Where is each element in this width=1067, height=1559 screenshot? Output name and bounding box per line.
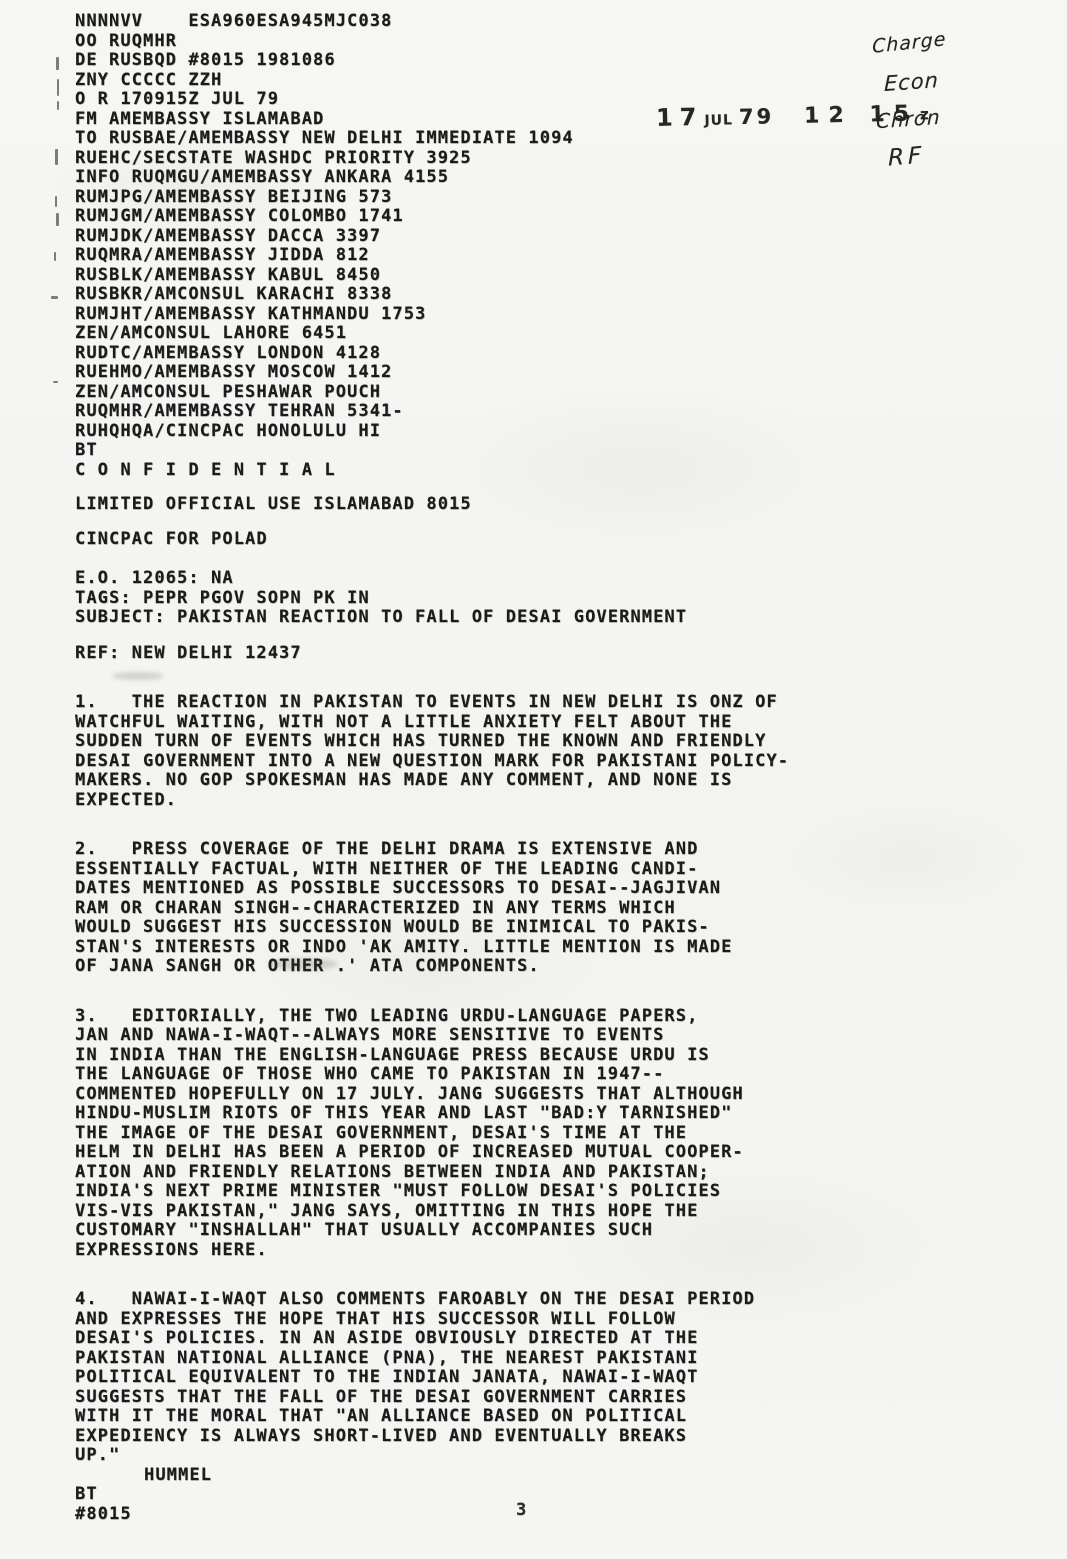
stamp-day: 17 (656, 103, 704, 132)
telegram-line: SUGGESTS THAT THE FALL OF THE DESAI GOVE… (75, 1388, 975, 1408)
stamp-month: JUL (704, 112, 733, 129)
telegram-line: RUMJGM/AMEMBASSY COLOMBO 1741 (75, 207, 975, 227)
admin-lines: E.O. 12065: NATAGS: PEPR PGOV SOPN PK IN… (75, 569, 975, 628)
telegram-line: WATCHFUL WAITING, WITH NOT A LITTLE ANXI… (75, 713, 975, 733)
telegram-line: ZEN/AMCONSUL LAHORE 6451 (75, 324, 975, 344)
scan-smudge (268, 958, 338, 970)
scan-artifact-mark (57, 101, 59, 110)
handwritten-note-rf: RF (888, 142, 926, 171)
paragraph-1: 1. THE REACTION IN PAKISTAN TO EVENTS IN… (75, 693, 975, 810)
telegram-line: OO RUQMHR (75, 32, 975, 52)
handwritten-note-chron: Chron (876, 105, 941, 134)
scanned-cable-page: NNNNVV ESA960ESA945MJC038OO RUQMHRDE RUS… (0, 0, 1067, 1559)
telegram-line: DESAI GOVERNMENT INTO A NEW QUESTION MAR… (75, 752, 975, 772)
signature-line: HUMMEL (75, 1466, 975, 1486)
telegram-line: BT (75, 441, 975, 461)
telegram-line: 4. NAWAI-I-WAQT ALSO COMMENTS FAROABLY O… (75, 1290, 975, 1310)
telegram-line: THE LANGUAGE OF THOSE WHO CAME TO PAKIST… (75, 1065, 975, 1085)
telegram-line: DATES MENTIONED AS POSSIBLE SUCCESSORS T… (75, 879, 975, 899)
telegram-line: RUQMRA/AMEMBASSY JIDDA 812 (75, 246, 975, 266)
telegram-line: ZNY CCCCC ZZH (75, 71, 975, 91)
cincpac-polad-line: CINCPAC FOR POLAD (75, 530, 975, 550)
page-number: 3 (516, 1500, 526, 1520)
scan-artifact-mark (53, 381, 58, 383)
telegram-line: RAM OR CHARAN SINGH--CHARACTERIZED IN AN… (75, 899, 975, 919)
telegram-line: 1. THE REACTION IN PAKISTAN TO EVENTS IN… (75, 693, 975, 713)
telegram-line: NNNNVV ESA960ESA945MJC038 (75, 12, 975, 32)
telegram-line: STAN'S INTERESTS OR INDO 'AK AMITY. LITT… (75, 938, 975, 958)
scan-artifact-mark (55, 149, 58, 165)
telegram-line: C O N F I D E N T I A L (75, 461, 975, 481)
telegram-line: SUBJECT: PAKISTAN REACTION TO FALL OF DE… (75, 608, 975, 628)
scan-artifact-mark (56, 213, 59, 226)
telegram-line: RUDTC/AMEMBASSY LONDON 4128 (75, 344, 975, 364)
paragraph-3: 3. EDITORIALLY, THE TWO LEADING URDU-LAN… (75, 1007, 975, 1261)
handwritten-note-econ: Econ (884, 68, 939, 96)
telegram-line: UP." (75, 1446, 975, 1466)
telegram-line: AND EXPRESSES THE HOPE THAT HIS SUCCESSO… (75, 1310, 975, 1330)
telegram-line: EXPRESSIONS HERE. (75, 1241, 975, 1261)
telegram-line: MAKERS. NO GOP SPOKESMAN HAS MADE ANY CO… (75, 771, 975, 791)
telegram-line: INFO RUQMGU/AMEMBASSY ANKARA 4155 (75, 168, 975, 188)
telegram-line: TO RUSBAE/AMEMBASSY NEW DELHI IMMEDIATE … (75, 129, 975, 149)
telegram-line: PAKISTAN NATIONAL ALLIANCE (PNA), THE NE… (75, 1349, 975, 1369)
telegram-line: 3. EDITORIALLY, THE TWO LEADING URDU-LAN… (75, 1007, 975, 1027)
scan-artifact-mark (54, 252, 56, 261)
paragraph-4: 4. NAWAI-I-WAQT ALSO COMMENTS FAROABLY O… (75, 1290, 975, 1466)
telegram-line: WITH IT THE MORAL THAT "AN ALLIANCE BASE… (75, 1407, 975, 1427)
telegram-line: RUSBLK/AMEMBASSY KABUL 8450 (75, 266, 975, 286)
limited-official-use-line: LIMITED OFFICIAL USE ISLAMABAD 8015 (75, 495, 975, 515)
telegram-line: HINDU-MUSLIM RIOTS OF THIS YEAR AND LAST… (75, 1104, 975, 1124)
telegram-line: ZEN/AMCONSUL PESHAWAR POUCH (75, 383, 975, 403)
telegram-line: DESAI'S POLICIES. IN AN ASIDE OBVIOUSLY … (75, 1329, 975, 1349)
telegram-line: HELM IN DELHI HAS BEEN A PERIOD OF INCRE… (75, 1143, 975, 1163)
stamp-year: 79 (739, 104, 775, 129)
telegram-line: RUMJHT/AMEMBASSY KATHMANDU 1753 (75, 305, 975, 325)
telegram-line: ESSENTIALLY FACTUAL, WITH NEITHER OF THE… (75, 860, 975, 880)
telegram-line: OF JANA SANGH OR OTHER .' ATA COMPONENTS… (75, 957, 975, 977)
scan-artifact-mark (56, 57, 59, 70)
telegram-line: WOULD SUGGEST HIS SUCCESSION WOULD BE IN… (75, 918, 975, 938)
telegram-line: EXPECTED. (75, 791, 975, 811)
telegram-line: TAGS: PEPR PGOV SOPN PK IN (75, 589, 975, 609)
telegram-line: RUEHC/SECSTATE WASHDC PRIORITY 3925 (75, 149, 975, 169)
reference-line: REF: NEW DELHI 12437 (75, 644, 975, 664)
scan-smudge (112, 672, 164, 680)
telegram-line: E.O. 12065: NA (75, 569, 975, 589)
telegram-line: EXPEDIENCY IS ALWAYS SHORT-LIVED AND EVE… (75, 1427, 975, 1447)
telegram-line: SUDDEN TURN OF EVENTS WHICH HAS TURNED T… (75, 732, 975, 752)
telegram-line: POLITICAL EQUIVALENT TO THE INDIAN JANAT… (75, 1368, 975, 1388)
telegram-line: CUSTOMARY "INSHALLAH" THAT USUALLY ACCOM… (75, 1221, 975, 1241)
scan-artifact-mark (51, 296, 58, 299)
telegram-line: RUEHMO/AMEMBASSY MOSCOW 1412 (75, 363, 975, 383)
scan-artifact-mark (55, 196, 57, 207)
telegram-line: JAN AND NAWA-I-WAQT--ALWAYS MORE SENSITI… (75, 1026, 975, 1046)
scan-artifact-mark (57, 79, 59, 96)
telegram-line: VIS-VIS PAKISTAN," JANG SAYS, OMITTING I… (75, 1202, 975, 1222)
telegram-line: RUMJDK/AMEMBASSY DACCA 3397 (75, 227, 975, 247)
telegram-line: COMMENTED HOPEFULLY ON 17 JULY. JANG SUG… (75, 1085, 975, 1105)
telegram-line: RUSBKR/AMCONSUL KARACHI 8338 (75, 285, 975, 305)
telegram-line: RUMJPG/AMEMBASSY BEIJING 573 (75, 188, 975, 208)
telegram-line: THE IMAGE OF THE DESAI GOVERNMENT, DESAI… (75, 1124, 975, 1144)
telegram-routing-header: NNNNVV ESA960ESA945MJC038OO RUQMHRDE RUS… (75, 12, 975, 480)
telegram-line: 2. PRESS COVERAGE OF THE DELHI DRAMA IS … (75, 840, 975, 860)
telegram-line: IN INDIA THAN THE ENGLISH-LANGUAGE PRESS… (75, 1046, 975, 1066)
telegram-line: RUHQHQA/CINCPAC HONOLULU HI (75, 422, 975, 442)
telegram-line: DE RUSBQD #8015 1981086 (75, 51, 975, 71)
telegram-line: ATION AND FRIENDLY RELATIONS BETWEEN IND… (75, 1163, 975, 1183)
telegram-text: NNNNVV ESA960ESA945MJC038OO RUQMHRDE RUS… (75, 12, 975, 1524)
paragraph-2: 2. PRESS COVERAGE OF THE DELHI DRAMA IS … (75, 840, 975, 977)
telegram-line: INDIA'S NEXT PRIME MINISTER "MUST FOLLOW… (75, 1182, 975, 1202)
telegram-line: RUQMHR/AMEMBASSY TEHRAN 5341- (75, 402, 975, 422)
